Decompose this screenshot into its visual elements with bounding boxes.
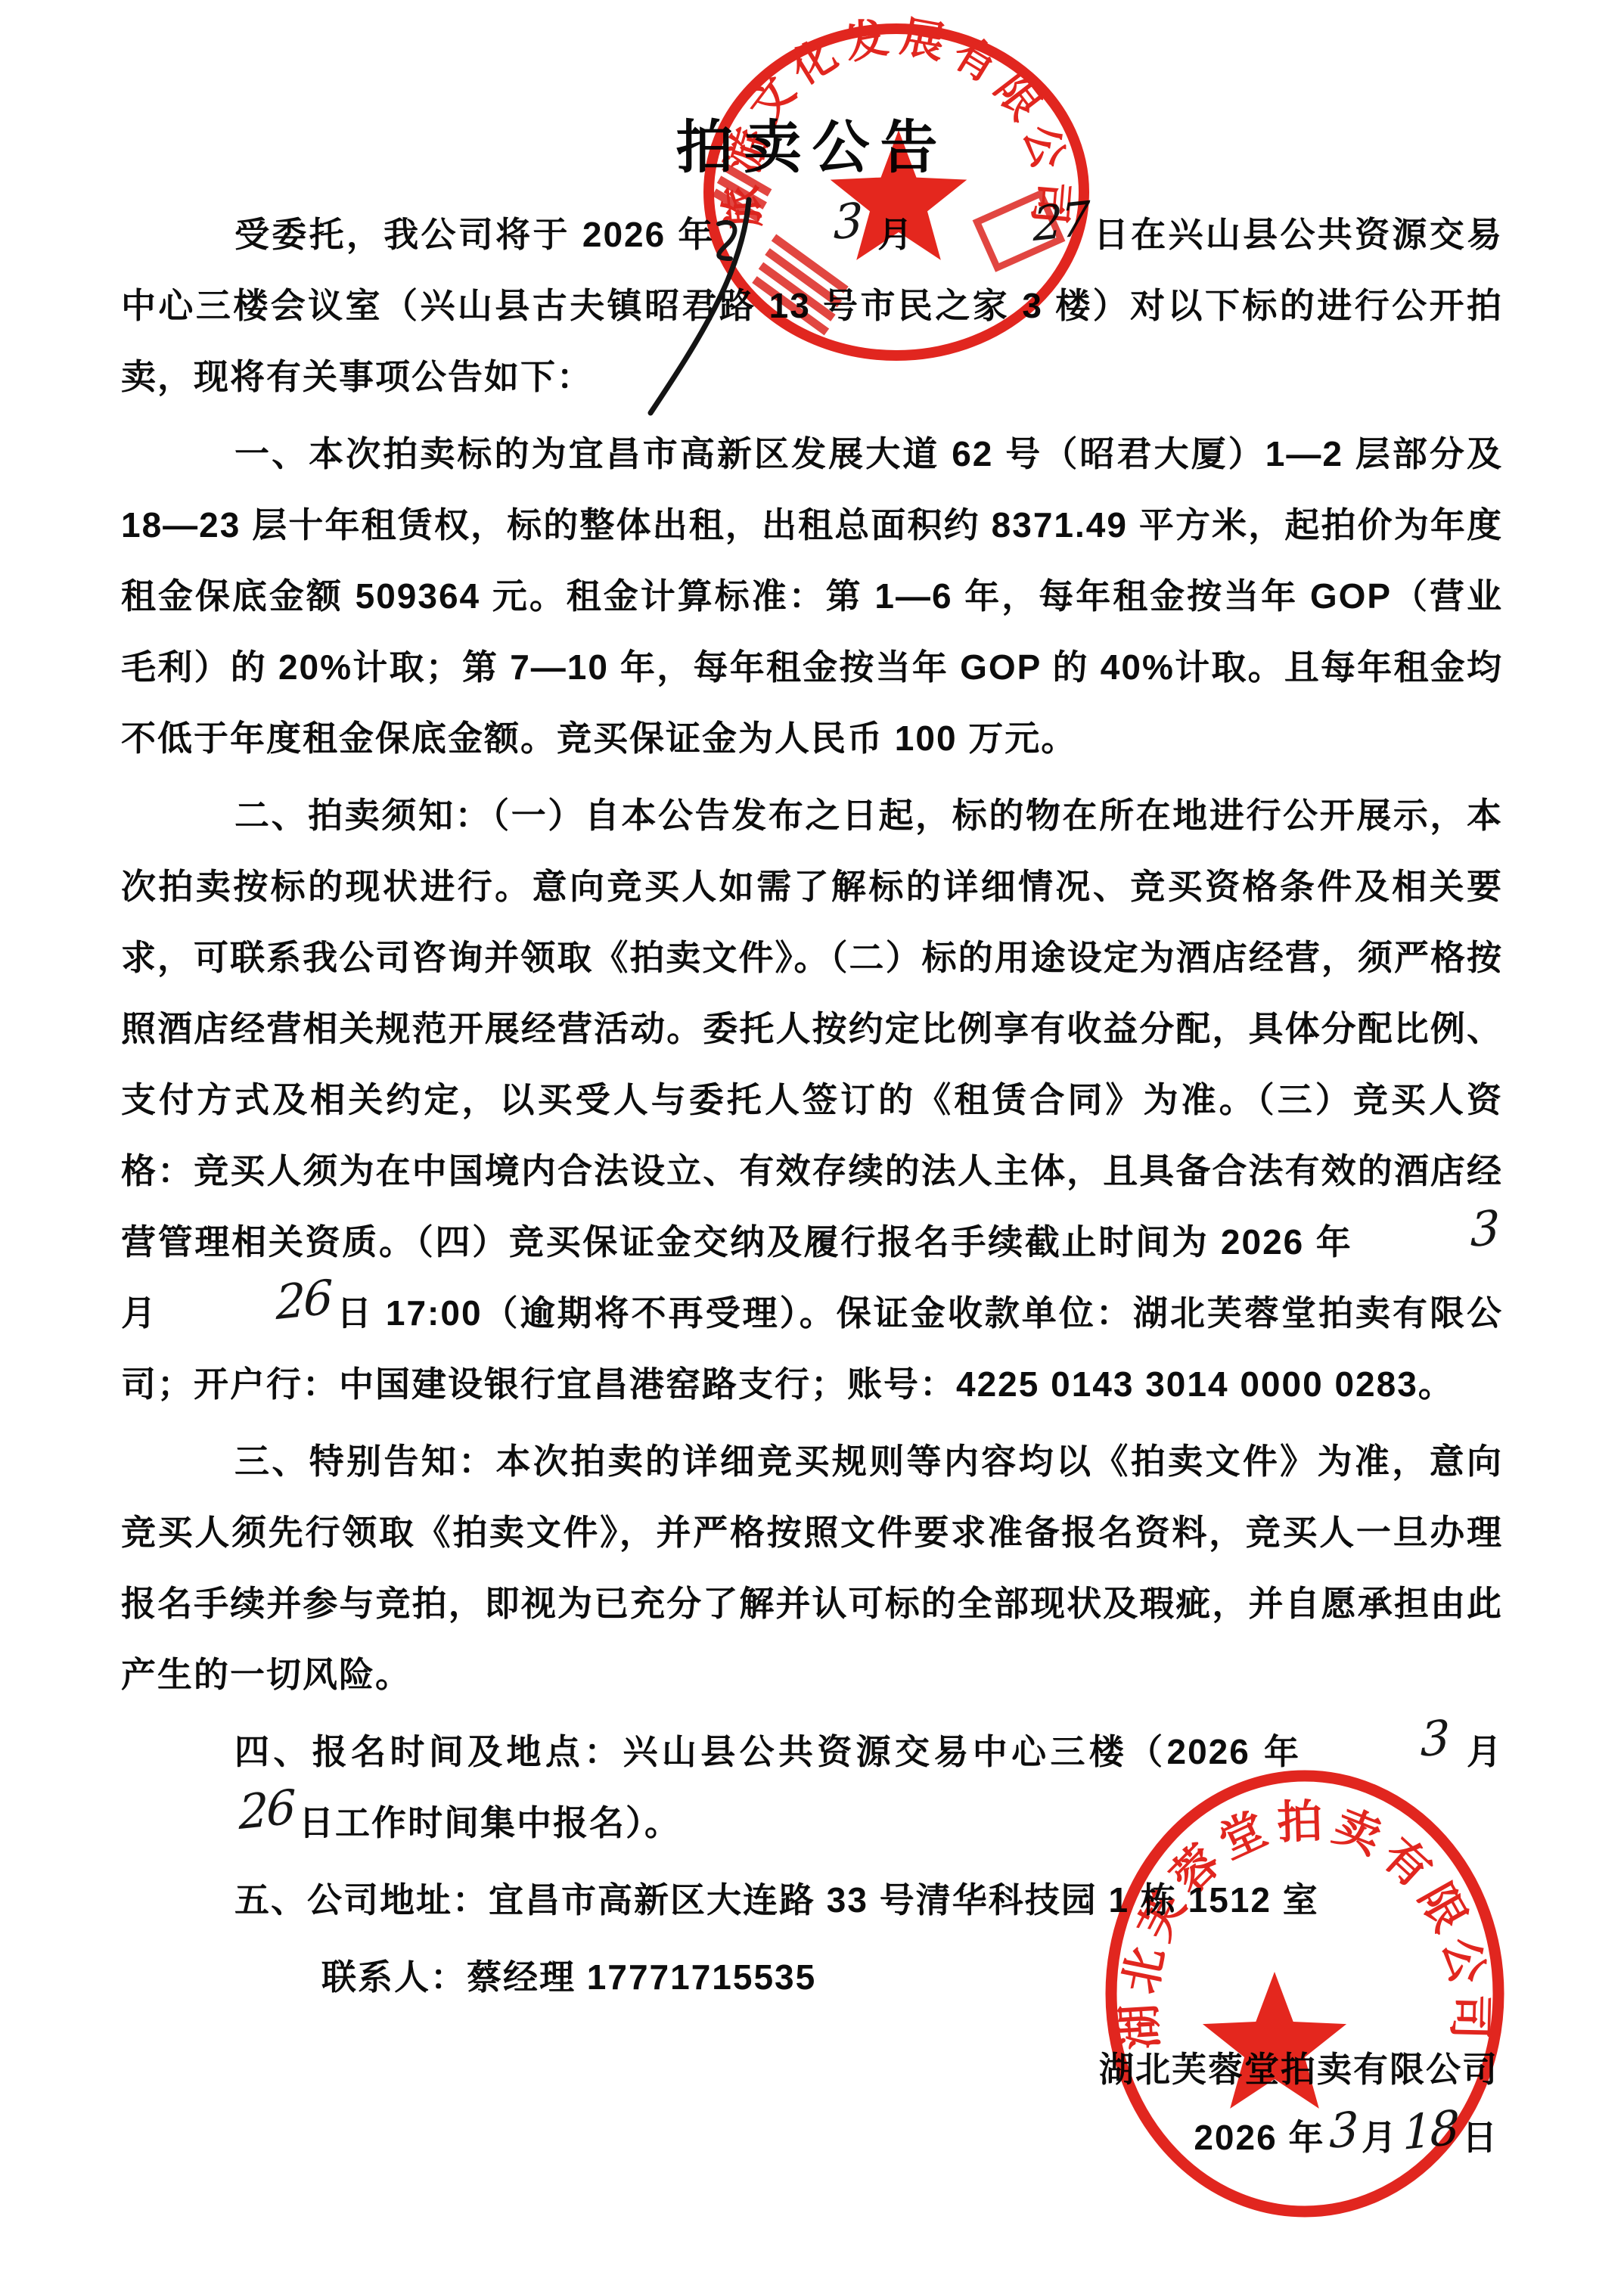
handwritten-stroke (629, 189, 788, 424)
paragraph: 三、特别告知：本次拍卖的详细竞买规则等内容均以《拍卖文件》为准，意向竞买人须先行… (121, 1426, 1503, 1710)
printed-text: 三、特别告知：本次拍卖的详细竞买规则等内容均以《拍卖文件》为准，意向竞买人须先行… (121, 1442, 1503, 1694)
paragraph: 一、本次拍卖标的为宜昌市高新区发展大道 62 号（昭君大厦）1—2 层部分及 1… (121, 418, 1503, 774)
printed-text: 联系人：蔡经理 17771715535 (321, 1957, 816, 1997)
document-body: 受委托，我公司将于 2026 年3 月27日在兴山县公共资源交易中心三楼会议室（… (121, 199, 1503, 2013)
seal-star-icon (831, 130, 967, 260)
printed-text: 月 (121, 1293, 158, 1333)
handwritten-text: 26 (163, 1298, 331, 1315)
handwritten-text: 3 (1308, 1737, 1448, 1752)
paragraph: 二、拍卖须知：（一）自本公告发布之日起，标的物在所在地进行公开展示，本次拍卖按标… (121, 780, 1503, 1420)
printed-text: 二、拍卖须知：（一）自本公告发布之日起，标的物在所在地进行公开展示，本次拍卖按标… (121, 796, 1503, 1262)
handwritten-text: 26 (126, 1808, 294, 1825)
auctioneer-seal-bottom: 湖北芙蓉堂拍卖有限公司 (1085, 1756, 1524, 2231)
printed-text: 日工作时间集中报名）。 (299, 1803, 681, 1842)
printed-text: 一、本次拍卖标的为宜昌市高新区发展大道 62 号（昭君大厦）1—2 层部分及 1… (121, 434, 1503, 758)
handwritten-text: 3 (1358, 1228, 1498, 1242)
seal-star-icon (1203, 1972, 1346, 2109)
scanned-auction-notice-page: { "title": "拍卖公告", "paragraphs": [ {"seg… (0, 0, 1624, 2269)
